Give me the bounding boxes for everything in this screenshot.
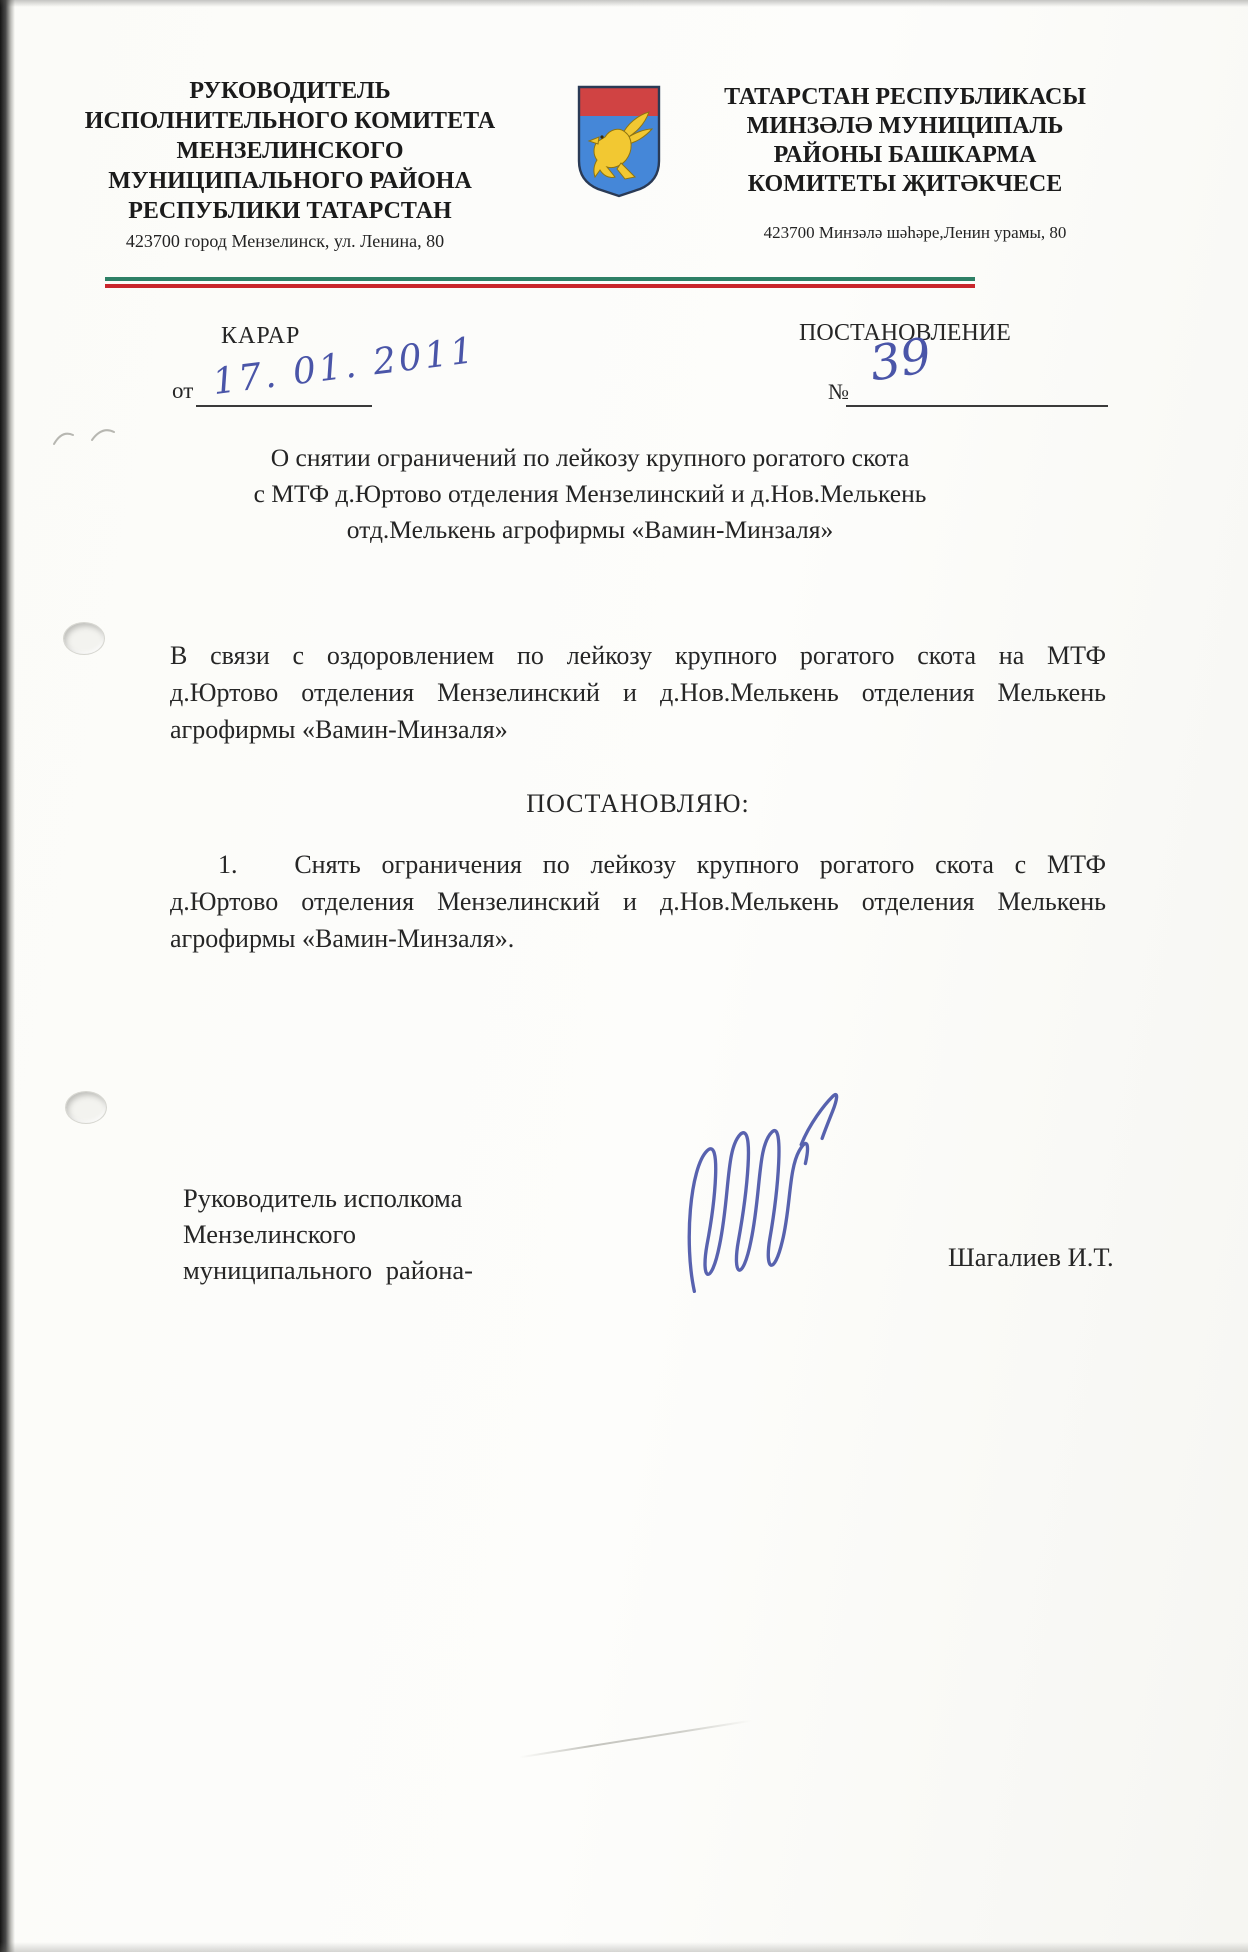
letterhead-right-address: 423700 Минзәлә шәһәре,Ленин урамы, 80 xyxy=(690,223,1140,243)
scan-edge-bottom xyxy=(0,1942,1248,1952)
body-paragraph: В связи с оздоровлением по лейкозу крупн… xyxy=(170,637,1106,748)
signatory-title-line: Мензелинского xyxy=(183,1216,613,1252)
letterhead-right: ТАТАРСТАН РЕСПУБЛИКАСЫ МИНЗӘЛӘ МУНИЦИПАЛ… xyxy=(690,83,1120,199)
resolution-item-line: агрофирмы «Вамин-Минзаля». xyxy=(170,920,1106,957)
item-number: 1. xyxy=(218,850,238,879)
doc-title-line: О снятии ограничений по лейкозу крупного… xyxy=(165,440,1015,476)
doc-title: О снятии ограничений по лейкозу крупного… xyxy=(165,440,1015,548)
letterhead-left-line: МЕНЗЕЛИНСКОГО xyxy=(55,136,525,166)
signatory-title-line: муниципального района- xyxy=(183,1252,613,1288)
doc-title-line: с МТФ д.Юртово отделения Мензелинский и … xyxy=(165,476,1015,512)
scan-artifact-crease xyxy=(519,1720,751,1759)
doc-title-line: отд.Мелькень агрофирмы «Вамин-Минзаля» xyxy=(165,512,1015,548)
resolution-item-line: 1. Снять ограничения по лейкозу крупного… xyxy=(170,846,1106,883)
letterhead-left-line: МУНИЦИПАЛЬНОГО РАЙОНА xyxy=(55,166,525,196)
scan-edge-left xyxy=(0,0,15,1952)
letterhead-right-line: ТАТАРСТАН РЕСПУБЛИКАСЫ xyxy=(690,83,1120,112)
signatory-title: Руководитель исполкома Мензелинского мун… xyxy=(183,1180,613,1288)
resolution-item-1: 1. Снять ограничения по лейкозу крупного… xyxy=(170,846,1106,957)
resolution-keyword: ПОСТАНОВЛЯЮ: xyxy=(170,789,1106,819)
menzelinsk-coat-of-arms-icon xyxy=(576,84,662,199)
hole-punch xyxy=(65,1091,107,1124)
body-paragraph-line: агрофирмы «Вамин-Минзаля» xyxy=(170,711,1106,748)
scan-artifact-scribble xyxy=(48,420,158,457)
date-label: от xyxy=(172,378,193,404)
hole-punch xyxy=(63,622,105,655)
scan-edge-top xyxy=(0,0,1248,7)
flag-divider-red-bar xyxy=(105,284,975,288)
resolution-item-line: д.Юртово отделения Мензелинский и д.Нов.… xyxy=(170,883,1106,920)
letterhead-right-line: МИНЗӘЛӘ МУНИЦИПАЛЬ xyxy=(690,112,1120,141)
letterhead-left-line: ИСПОЛНИТЕЛЬНОГО КОМИТЕТА xyxy=(55,106,525,136)
flag-divider xyxy=(105,277,975,288)
letterhead-left-line: РЕСПУБЛИКИ ТАТАРСТАН xyxy=(55,196,525,226)
letterhead-right-line: КОМИТЕТЫ ҖИТӘКЧЕСЕ xyxy=(690,170,1120,199)
signatory-name: Шагалиев И.Т. xyxy=(948,1242,1114,1273)
letterhead-right-line: РАЙОНЫ БАШКАРМА xyxy=(690,141,1120,170)
doc-type-karar: КАРАР xyxy=(221,323,300,350)
body-paragraph-line: В связи с оздоровлением по лейкозу крупн… xyxy=(170,637,1106,674)
letterhead-left-line: РУКОВОДИТЕЛЬ xyxy=(55,76,525,106)
doc-number-handwritten: 39 xyxy=(866,328,935,393)
scanned-document-page: РУКОВОДИТЕЛЬ ИСПОЛНИТЕЛЬНОГО КОМИТЕТА МЕ… xyxy=(0,0,1248,1952)
letterhead-left-address: 423700 город Мензелинск, ул. Ленина, 80 xyxy=(45,231,525,252)
signatory-title-line: Руководитель исполкома xyxy=(183,1180,613,1216)
item-text: Снять ограничения по лейкозу крупного ро… xyxy=(294,850,1106,879)
letterhead-left: РУКОВОДИТЕЛЬ ИСПОЛНИТЕЛЬНОГО КОМИТЕТА МЕ… xyxy=(55,76,525,226)
body-paragraph-line: д.Юртово отделения Мензелинский и д.Нов.… xyxy=(170,674,1106,711)
handwritten-signature xyxy=(676,1086,851,1306)
